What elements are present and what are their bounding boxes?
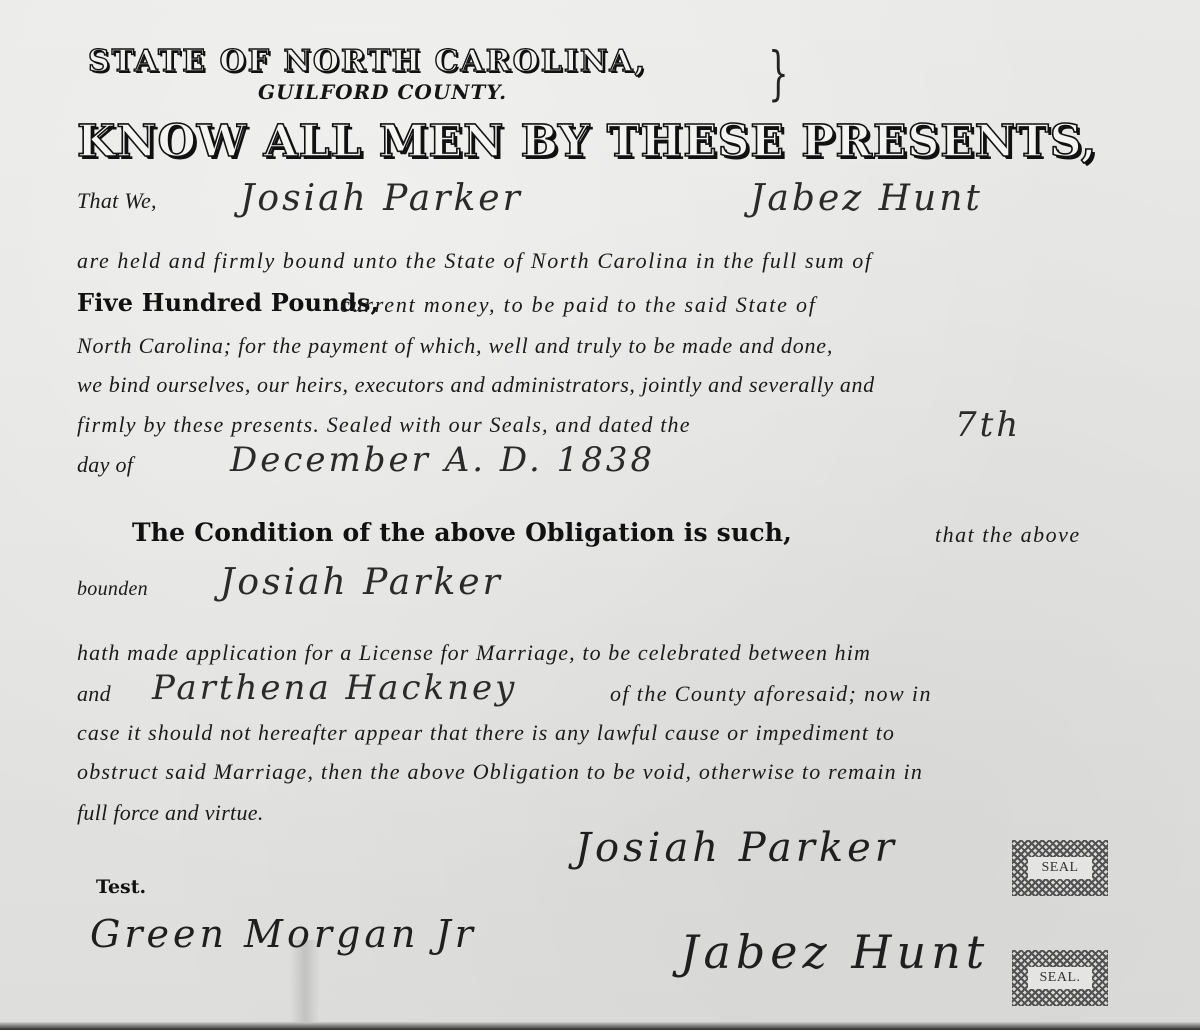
obligors-prefix: That We, xyxy=(77,188,157,214)
signature-josiah-parker: Josiah Parker xyxy=(575,825,898,871)
seal-box-1: SEAL xyxy=(1012,840,1108,896)
amount-text: Five Hundred Pounds, xyxy=(77,288,379,317)
signature-jabez-hunt: Jabez Hunt xyxy=(680,925,989,979)
obligor-name-1: Josiah Parker xyxy=(240,178,523,219)
seal-box-2: SEAL. xyxy=(1012,950,1108,1006)
brace-glyph: } xyxy=(768,44,788,102)
bride-name-handwritten: Parthena Hackney xyxy=(152,668,517,708)
preamble-heading: KNOW ALL MEN BY THESE PRESENTS, xyxy=(77,116,1097,167)
condition-line-3: case it should not hereafter appear that… xyxy=(77,720,895,746)
day-of-label: day of xyxy=(77,452,133,478)
condition-line-1: hath made application for a License for … xyxy=(77,640,871,666)
seal-label-2: SEAL. xyxy=(1028,967,1092,989)
seal-label-1: SEAL xyxy=(1028,857,1092,879)
condition-heading: The Condition of the above Obligation is… xyxy=(132,518,792,547)
date-month-year-handwritten: December A. D. 1838 xyxy=(230,440,655,480)
condition-line-4: obstruct said Marriage, then the above O… xyxy=(77,759,923,785)
county-title: GUILFORD COUNTY. xyxy=(258,80,507,104)
scan-bottom-edge xyxy=(0,1022,1200,1030)
condition-line-5: full force and virtue. xyxy=(77,800,264,826)
date-day-handwritten: 7th xyxy=(955,405,1021,445)
bounden-label: bounden xyxy=(77,578,148,601)
bounden-name-handwritten: Josiah Parker xyxy=(220,562,503,603)
condition-heading-rest: that the above xyxy=(935,522,1081,548)
body-line-4: we bind ourselves, our heirs, executors … xyxy=(77,372,875,398)
condition-and: and xyxy=(77,681,111,707)
body-line-1: are held and firmly bound unto the State… xyxy=(77,248,873,274)
body-line-2-rest: current money, to be paid to the said St… xyxy=(340,292,817,318)
witness-signature: Green Morgan Jr xyxy=(90,912,477,956)
obligor-name-2: Jabez Hunt xyxy=(750,178,983,219)
condition-line-2-rest: of the County aforesaid; now in xyxy=(610,681,932,707)
body-line-5: firmly by these presents. Sealed with ou… xyxy=(77,412,691,438)
test-label: Test. xyxy=(96,876,146,898)
state-title: STATE OF NORTH CAROLINA, xyxy=(88,44,647,79)
body-line-3: North Carolina; for the payment of which… xyxy=(77,333,833,359)
